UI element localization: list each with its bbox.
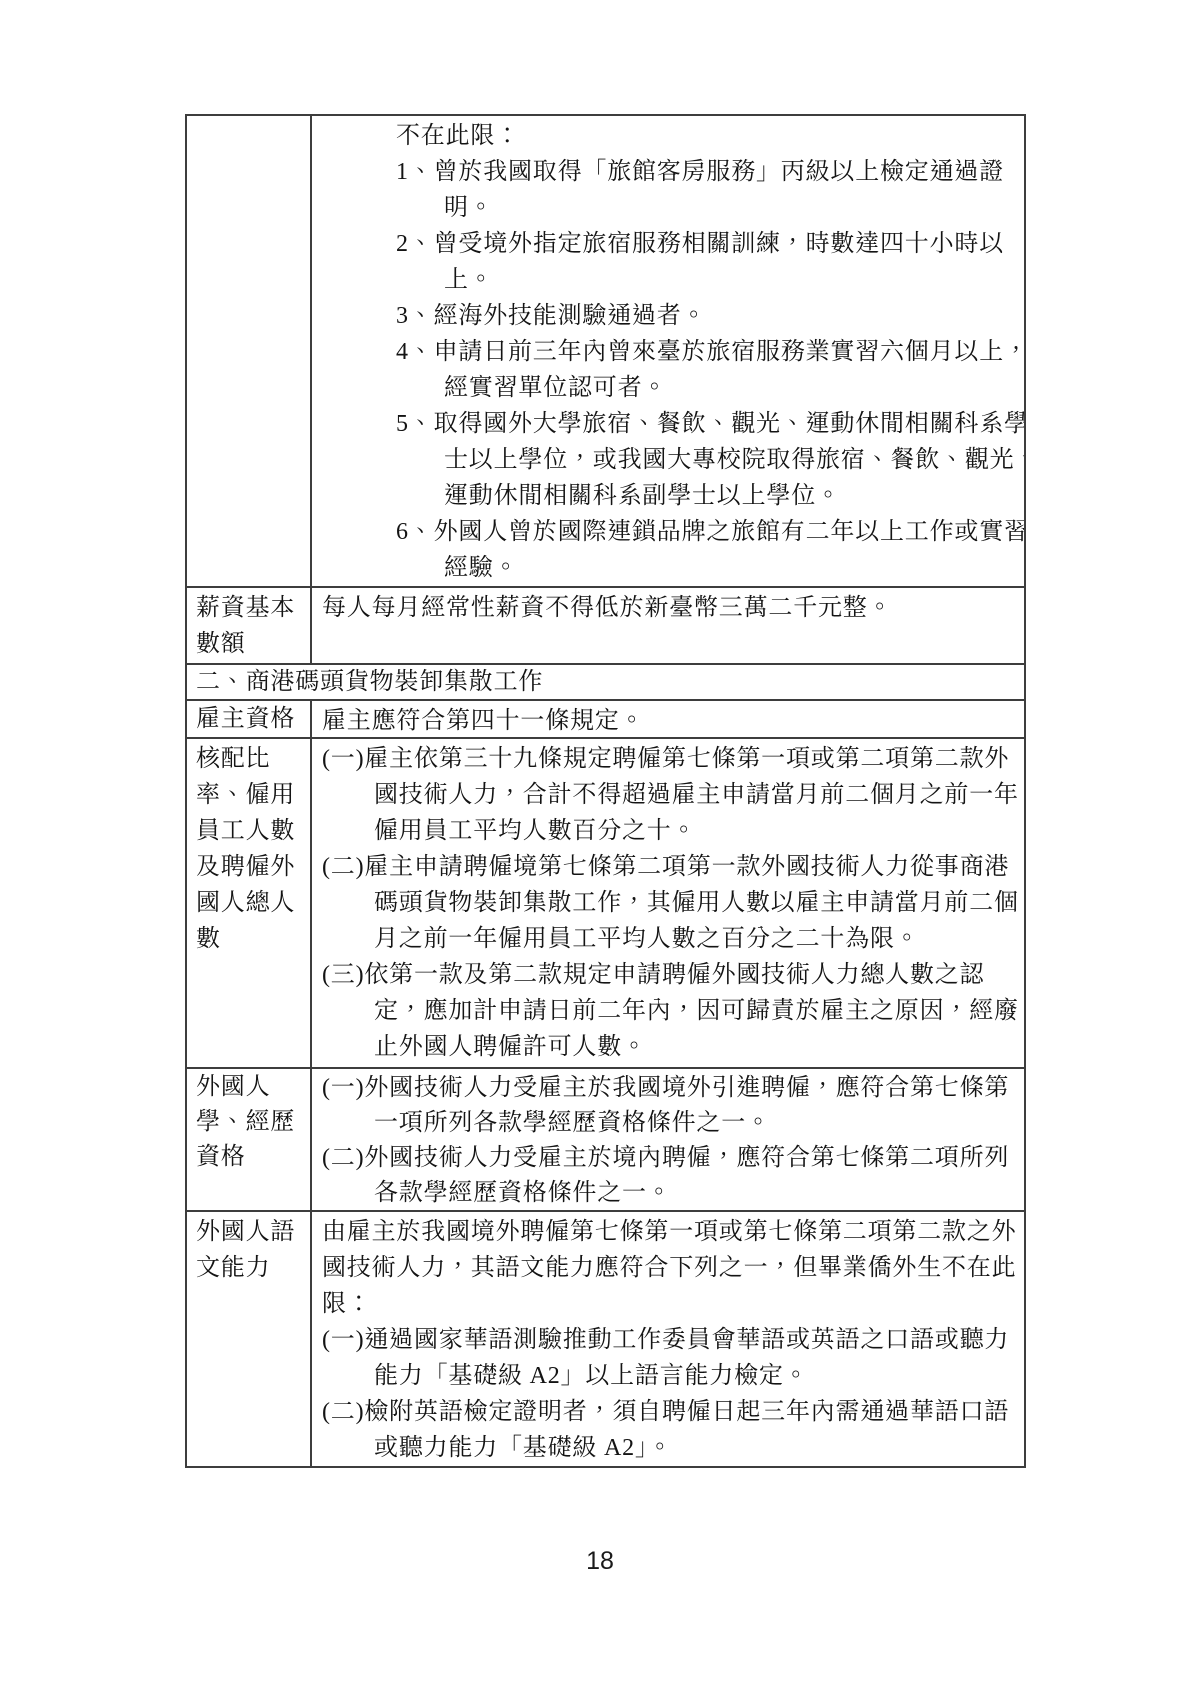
row-content: (一)雇主依第三十九條規定聘僱第七條第一項或第二項第二款外 國技術人力，合計不得… bbox=[312, 739, 1024, 1067]
text-line: 4、申請日前三年內曾來臺於旅宿服務業實習六個月以上， bbox=[396, 334, 1016, 370]
text-line: 經驗。 bbox=[396, 550, 1016, 586]
row-content: 雇主應符合第四十一條規定。 bbox=[312, 701, 1024, 737]
text-line: 一項所列各款學經歷資格條件之一。 bbox=[322, 1106, 1016, 1141]
table-row: 不在此限： 1、曾於我國取得「旅館客房服務」丙級以上檢定通過證 明。 2、曾受境… bbox=[187, 116, 1024, 586]
text-line: 各款學經歷資格條件之一。 bbox=[322, 1176, 1016, 1210]
text-line: 每人每月經常性薪資不得低於新臺幣三萬二千元整。 bbox=[322, 590, 1016, 626]
row-label: 外國人語 文能力 bbox=[187, 1212, 312, 1466]
text-line: 明。 bbox=[396, 190, 1016, 226]
text-line: (二)外國技術人力受雇主於境內聘僱，應符合第七條第二項所列 bbox=[322, 1141, 1016, 1176]
row-content: (一)外國技術人力受雇主於我國境外引進聘僱，應符合第七條第 一項所列各款學經歷資… bbox=[312, 1069, 1024, 1210]
text-line: (一)雇主依第三十九條規定聘僱第七條第一項或第二項第二款外 bbox=[322, 741, 1016, 777]
text-line: 經實習單位認可者。 bbox=[396, 370, 1016, 406]
page-number: 18 bbox=[0, 1547, 1200, 1576]
row-label: 雇主資格 bbox=[187, 701, 312, 737]
table-row: 外國人語 文能力 由雇主於我國境外聘僱第七條第一項或第七條第二項第二款之外 國技… bbox=[187, 1210, 1024, 1466]
text-line: 上。 bbox=[396, 262, 1016, 298]
section-title: 二、商港碼頭貨物裝卸集散工作 bbox=[187, 665, 1024, 699]
text-line: 2、曾受境外指定旅宿服務相關訓練，時數達四十小時以 bbox=[396, 226, 1016, 262]
row-label: 外國人 學、經歷 資格 bbox=[187, 1069, 312, 1210]
table-row: 核配比 率、僱用 員工人數 及聘僱外 國人總人 數 (一)雇主依第三十九條規定聘… bbox=[187, 737, 1024, 1067]
regulation-table: 不在此限： 1、曾於我國取得「旅館客房服務」丙級以上檢定通過證 明。 2、曾受境… bbox=[185, 114, 1026, 1468]
text-line: 士以上學位，或我國大專校院取得旅宿、餐飲、觀光、 bbox=[396, 442, 1016, 478]
text-line: 止外國人聘僱許可人數。 bbox=[322, 1029, 1016, 1065]
text-line: (一)通過國家華語測驗推動工作委員會華語或英語之口語或聽力 bbox=[322, 1322, 1016, 1358]
text-line: (二)雇主申請聘僱境第七條第二項第一款外國技術人力從事商港 bbox=[322, 849, 1016, 885]
text-line: 雇主應符合第四十一條規定。 bbox=[322, 703, 1016, 737]
text-line: 碼頭貨物裝卸集散工作，其僱用人數以雇主申請當月前二個 bbox=[322, 885, 1016, 921]
text-line: 運動休閒相關科系副學士以上學位。 bbox=[396, 478, 1016, 514]
text-line: 不在此限： bbox=[396, 118, 1016, 154]
text-line: 國技術人力，合計不得超過雇主申請當月前二個月之前一年 bbox=[322, 777, 1016, 813]
row-content: 不在此限： 1、曾於我國取得「旅館客房服務」丙級以上檢定通過證 明。 2、曾受境… bbox=[312, 116, 1024, 586]
text-line: 能力「基礎級 A2」以上語言能力檢定。 bbox=[322, 1358, 1016, 1394]
text-line: 或聽力能力「基礎級 A2」。 bbox=[322, 1430, 1016, 1466]
row-content: 每人每月經常性薪資不得低於新臺幣三萬二千元整。 bbox=[312, 588, 1024, 663]
text-line: 限： bbox=[322, 1286, 1016, 1322]
text-line: 1、曾於我國取得「旅館客房服務」丙級以上檢定通過證 bbox=[396, 154, 1016, 190]
section-title-row: 二、商港碼頭貨物裝卸集散工作 bbox=[187, 663, 1024, 699]
text-line: 6、外國人曾於國際連鎖品牌之旅館有二年以上工作或實習 bbox=[396, 514, 1016, 550]
text-line: 3、經海外技能測驗通過者。 bbox=[396, 298, 1016, 334]
row-label: 薪資基本 數額 bbox=[187, 588, 312, 663]
text-line: 由雇主於我國境外聘僱第七條第一項或第七條第二項第二款之外 bbox=[322, 1214, 1016, 1250]
text-line: 定，應加計申請日前二年內，因可歸責於雇主之原因，經廢 bbox=[322, 993, 1016, 1029]
text-line: 月之前一年僱用員工平均人數之百分之二十為限。 bbox=[322, 921, 1016, 957]
text-line: 5、取得國外大學旅宿、餐飲、觀光、運動休閒相關科系學 bbox=[396, 406, 1016, 442]
document-page: 不在此限： 1、曾於我國取得「旅館客房服務」丙級以上檢定通過證 明。 2、曾受境… bbox=[0, 0, 1200, 1697]
row-content: 由雇主於我國境外聘僱第七條第一項或第七條第二項第二款之外 國技術人力，其語文能力… bbox=[312, 1212, 1024, 1466]
row-label: 核配比 率、僱用 員工人數 及聘僱外 國人總人 數 bbox=[187, 739, 312, 1067]
text-line: 國技術人力，其語文能力應符合下列之一，但畢業僑外生不在此 bbox=[322, 1250, 1016, 1286]
row-label bbox=[187, 116, 312, 586]
table-row: 外國人 學、經歷 資格 (一)外國技術人力受雇主於我國境外引進聘僱，應符合第七條… bbox=[187, 1067, 1024, 1210]
text-line: (一)外國技術人力受雇主於我國境外引進聘僱，應符合第七條第 bbox=[322, 1071, 1016, 1106]
text-line: (二)檢附英語檢定證明者，須自聘僱日起三年內需通過華語口語 bbox=[322, 1394, 1016, 1430]
text-line: 僱用員工平均人數百分之十。 bbox=[322, 813, 1016, 849]
table-row: 薪資基本 數額 每人每月經常性薪資不得低於新臺幣三萬二千元整。 bbox=[187, 586, 1024, 663]
table-row: 雇主資格 雇主應符合第四十一條規定。 bbox=[187, 699, 1024, 737]
text-line: (三)依第一款及第二款規定申請聘僱外國技術人力總人數之認 bbox=[322, 957, 1016, 993]
